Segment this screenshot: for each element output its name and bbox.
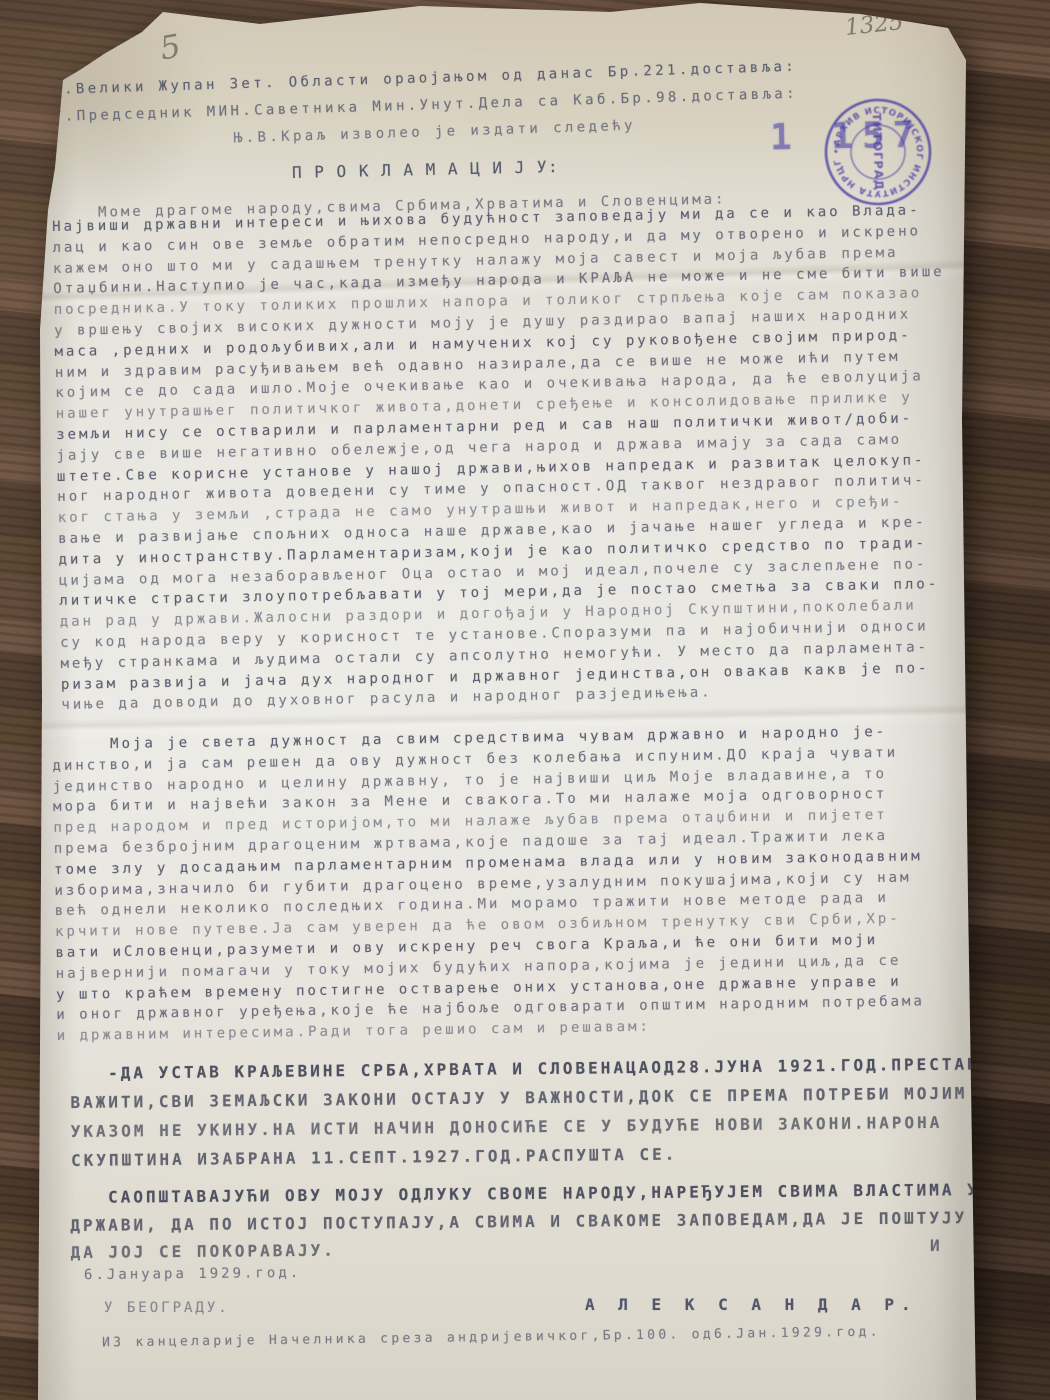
stamp-center-text: ТИТОГРАД xyxy=(870,113,887,191)
signature-name: А Л Е К С А Н Д А Р. xyxy=(585,1295,918,1314)
stray-letter: И xyxy=(930,1236,940,1255)
body-paragraph-1: Највиши државни интереси и њихова будућн… xyxy=(52,202,953,718)
order-paragraph: САОПШТАВАЈУЋИ ОВУ МОЈУ ОДЛУКУ СВОМЕ НАРО… xyxy=(70,1180,993,1271)
place-line: У БЕОГРАДУ. xyxy=(104,1300,230,1316)
proclamation-title: П Р О К Л А М А Ц И Ј У: xyxy=(292,157,560,182)
provenance-line: ИЗ канцеларије Начелника среза андријеви… xyxy=(102,1325,881,1351)
body-paragraph-2: Моја је света дужност да свим средствима… xyxy=(52,723,925,1049)
document-paper: Г.Велики Жупан Зет. Области ораојањом од… xyxy=(0,0,1050,1400)
pencil-mark-page-number: 5 xyxy=(157,27,184,68)
date-line: 6.Јануара 1929.год. xyxy=(84,1265,301,1283)
decree-paragraph: -ДА УСТАВ КРАЉЕВИНЕ СРБА,ХРВАТА И СЛОВЕН… xyxy=(70,1054,993,1180)
document-header: Г.Велики Жупан Зет. Области ораојањом од… xyxy=(52,59,799,163)
paper-shadow: Г.Велики Жупан Зет. Области ораојањом од… xyxy=(0,0,1050,1400)
archive-stamp: АРХИВ ИСТОРИЈСКОГ ИНСТИТУТА НРЦГ • ТИТОГ… xyxy=(788,62,969,243)
pencil-mark-archive-number: 1325 xyxy=(844,9,905,41)
